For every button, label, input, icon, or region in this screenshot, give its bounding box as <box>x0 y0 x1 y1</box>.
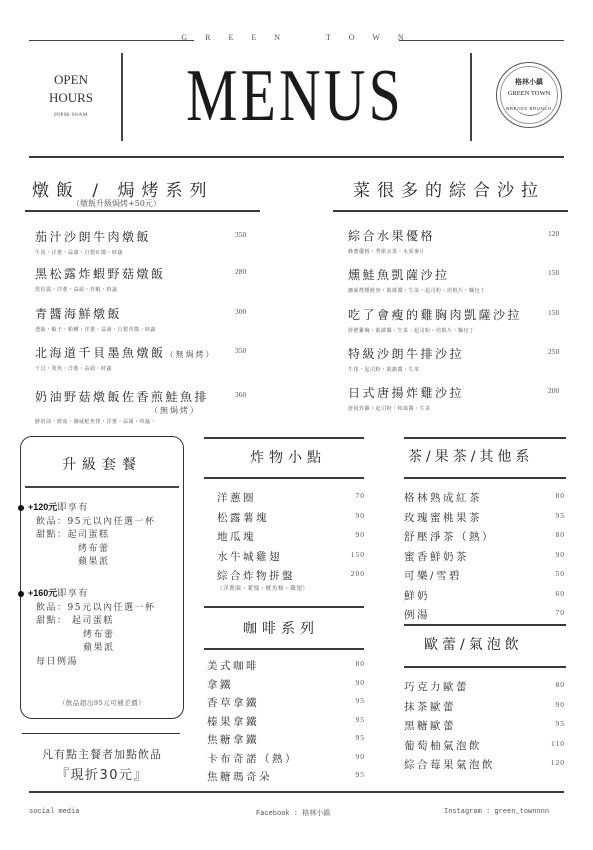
combo-note: （飲品超出95元可補差價） <box>21 698 183 707</box>
section-subtitle-stew: （燉飯升級焗烤+50元） <box>72 198 161 209</box>
menu-item: 日式唐揚炸雞沙拉 唐揚炸雞・起司粉・和風醬・生菜 200 <box>348 384 563 412</box>
menu-item: 黑松露炸蝦野菇燉飯 黑松露・洋蔥・蒜頭・炸蝦・時蔬 280 <box>35 265 247 293</box>
list-item: 美式咖啡80 <box>207 658 365 677</box>
header-divider-right <box>470 53 472 141</box>
menu-item: 特級沙朗牛排沙拉 牛排・起司粉・凱撒醬・生菜 250 <box>348 345 563 373</box>
menu-item: 茄汁沙朗牛肉燉飯 牛肉・洋蔥・蒜頭・自製紅醬・時蔬 350 <box>35 228 247 256</box>
item-price: 200 <box>351 569 365 578</box>
item-name: 榛果拿鐵 <box>207 714 365 729</box>
footer-facebook-link[interactable]: Facebook : 格林小鎮 <box>256 808 330 818</box>
list-item: 舒壓淨茶（熱）80 <box>404 529 565 549</box>
combo-suffix: 即享有 <box>57 589 89 599</box>
list-item: 拿鐵90 <box>207 677 365 696</box>
item-name: 地瓜塊 <box>217 529 365 544</box>
item-desc: 牛排・起司粉・凱撒醬・生菜 <box>348 366 563 373</box>
combo-option-120: +120元即享有 飲品：95元以內任選一杯 甜點：起司蛋糕 烤布蕾 蘋果派 <box>21 501 155 570</box>
section-title-tea: 茶/果茶/其他系 <box>408 446 533 466</box>
item-price: 95 <box>356 696 366 705</box>
item-price: 120 <box>551 758 565 767</box>
combo-price: +160元 <box>28 588 57 598</box>
item-price: 350 <box>235 230 246 239</box>
item-price: 95 <box>556 511 566 520</box>
item-price: 110 <box>551 739 565 748</box>
list-item: 玫瑰蜜桃果茶95 <box>404 510 565 530</box>
page-title: MENUS <box>182 56 408 136</box>
brand-word-town: T O W N <box>326 33 412 42</box>
item-price: 50 <box>556 569 566 578</box>
list-item: 蜜香鮮奶茶90 <box>404 549 565 569</box>
item-price: 95 <box>356 770 366 779</box>
promo-rule <box>22 733 180 734</box>
tea-top-rule <box>404 437 566 439</box>
menu-item: 青醬海鮮燉飯 透抽・蝦子・蛤蜊・洋蔥・蒜頭・自製青醬・時蔬 300 <box>35 305 247 333</box>
list-item: 可樂/雪碧50 <box>404 568 565 588</box>
item-price: 95 <box>356 715 366 724</box>
list-item: 焦糖瑪奇朵95 <box>207 769 365 788</box>
item-price: 120 <box>548 229 559 238</box>
item-name: 燻鮭魚凱薩沙拉 <box>348 266 563 283</box>
menu-item: 綜合水果優格 蜂蜜優格・季節水果・水果麥片 120 <box>348 227 563 255</box>
item-price: 90 <box>556 700 566 709</box>
bullet-icon <box>18 591 24 597</box>
item-name: 北海道千貝墨魚燉飯（無焗烤） <box>35 344 247 361</box>
list-item: 地瓜塊90 <box>217 529 365 549</box>
item-name: 水牛城雞翅 <box>217 549 365 564</box>
item-price: 70 <box>356 491 366 500</box>
section-title-fried: 炸物小點 <box>250 447 326 467</box>
item-sub: （洋蔥圈・薯塊・鱿魚條・雞翅） <box>217 584 365 592</box>
section-title-coffee: 咖啡系列 <box>243 618 319 638</box>
open-hours-line1: OPEN <box>38 71 104 89</box>
logo: 格林小鎮 GREEN TOWN BREADS BRUNCH <box>496 62 562 128</box>
item-desc: 透抽・蝦子・蛤蜊・洋蔥・蒜頭・自製青醬・時蔬 <box>35 326 247 333</box>
combo-drink: 飲品：95元以內任選一杯 <box>21 602 155 616</box>
open-hours-line2: HOURS <box>38 89 104 107</box>
item-price: 350 <box>235 346 246 355</box>
item-name: 青醬海鮮燉飯 <box>35 305 247 322</box>
item-name: 茄汁沙朗牛肉燉飯 <box>35 228 247 245</box>
footer-social-label: social media <box>29 808 79 816</box>
promo: 凡有點主餐者加點飲品 『現折30元』 <box>20 746 184 783</box>
item-price: 150 <box>351 550 365 559</box>
item-name: 玫瑰蜜桃果茶 <box>404 510 565 525</box>
item-desc: 黑松露・洋蔥・蒜頭・炸蝦・時蔬 <box>35 286 247 293</box>
item-price: 80 <box>556 530 566 539</box>
list-item: 黑糖歐蕾95 <box>404 718 565 738</box>
item-price: 90 <box>356 511 366 520</box>
combo-dessert-more: 烤布蕾 <box>21 543 155 557</box>
fried-list: 洋蔥圈70 松露薯塊90 地瓜塊90 水牛城雞翅150 綜合炸物拼盤200（洋蔥… <box>217 490 365 598</box>
item-price: 80 <box>556 491 566 500</box>
tea-list: 格林熟成紅茶80 玫瑰蜜桃果茶95 舒壓淨茶（熱）80 蜜香鮮奶茶90 可樂/雪… <box>404 490 565 627</box>
item-name: 可樂/雪碧 <box>404 568 565 583</box>
item-name: 奶油野菇燉飯佐香煎鮭魚排 <box>35 388 247 405</box>
item-name: 吃了會瘦的雞胸肉凱薩沙拉 <box>348 306 563 323</box>
coffee-list: 美式咖啡80 拿鐵90 香草拿鐵95 榛果拿鐵95 焦糖拿鐵95 卡布奇諾（熱）… <box>207 658 365 788</box>
combo-box: 升級套餐 +120元即享有 飲品：95元以內任選一杯 甜點：起司蛋糕 烤布蕾 蘋… <box>20 436 184 719</box>
item-price: 95 <box>356 733 366 742</box>
section-title-salad: 菜很多的綜合沙拉 <box>353 176 545 201</box>
open-hours: OPEN HOURS 09PM-08AM <box>38 71 104 118</box>
combo-option-160: +160元即享有 飲品：95元以內任選一杯 甜點： 起司蛋糕 烤布蕾 蘋果派 每… <box>21 587 155 669</box>
item-name: 黑糖歐蕾 <box>404 718 565 733</box>
open-hours-time: 09PM-08AM <box>38 112 104 118</box>
item-name: 洋蔥圈 <box>217 490 365 505</box>
item-price: 150 <box>548 268 559 277</box>
item-price: 90 <box>356 530 366 539</box>
item-name: 拿鐵 <box>207 677 365 692</box>
item-name: 例湯 <box>404 607 565 622</box>
combo-dessert: 甜點：起司蛋糕 <box>21 529 155 543</box>
combo-dessert-more: 蘋果派 <box>21 556 155 570</box>
header-bottom-rule <box>29 156 564 158</box>
combo-suffix: 即享有 <box>57 503 89 513</box>
item-desc: 舒肥雞胸・凱薩醬・生菜・起司粉・培根片・麵包丁 <box>348 327 563 334</box>
menu-item: 奶油野菇燉飯佐香煎鮭魚排 （無焗烤） 鮮奶油・野菇・挪威鮭魚排・洋蔥・蒜頭・時蔬… <box>35 388 247 425</box>
item-price: 60 <box>556 589 566 598</box>
logo-subtitle: BREADS BRUNCH <box>497 106 561 111</box>
item-name: 綜合炸物拼盤 <box>217 568 365 583</box>
list-item: 卡布奇諾（熱）90 <box>207 751 365 770</box>
item-name: 美式咖啡 <box>207 658 365 673</box>
list-item: 焦糖拿鐵95 <box>207 732 365 751</box>
combo-dessert-more: 蘋果派 <box>21 642 155 656</box>
promo-line1: 凡有點主餐者加點飲品 <box>20 746 184 762</box>
list-item: 巧克力歐蕾80 <box>404 679 565 699</box>
promo-line2: 『現折30元』 <box>20 764 184 783</box>
item-price: 80 <box>356 659 366 668</box>
coffee-top-rule <box>204 606 364 608</box>
item-desc: 挪威煙燻鮭魚・凱薩醬・生菜・起司粉・培根片・麵包丁 <box>348 287 563 294</box>
item-price: 95 <box>556 719 566 728</box>
item-price: 360 <box>235 390 246 399</box>
combo-title: 升級套餐 <box>21 454 183 474</box>
list-item: 香草拿鐵95 <box>207 695 365 714</box>
item-price: 90 <box>556 550 566 559</box>
item-name-text: 北海道千貝墨魚燉飯 <box>35 346 166 360</box>
item-desc: 牛肉・洋蔥・蒜頭・自製紅醬・時蔬 <box>35 249 247 256</box>
list-item: 綜合炸物拼盤200（洋蔥圈・薯塊・鱿魚條・雞翅） <box>217 568 365 598</box>
item-price: 80 <box>556 680 566 689</box>
ole-bottom-rule <box>404 666 566 668</box>
list-item: 松露薯塊90 <box>217 510 365 530</box>
item-price: 150 <box>548 308 559 317</box>
item-name: 鮮奶 <box>404 588 565 603</box>
item-price: 280 <box>235 267 246 276</box>
fried-top-rule <box>204 437 364 439</box>
item-name: 焦糖瑪奇朵 <box>207 769 365 784</box>
combo-price: +120元 <box>28 502 57 512</box>
item-name: 舒壓淨茶（熱） <box>404 529 565 544</box>
ole-top-rule <box>404 624 566 626</box>
item-name: 松露薯塊 <box>217 510 365 525</box>
item-name: 黑松露炸蝦野菇燉飯 <box>35 265 247 282</box>
item-desc: 唐揚炸雞・起司粉・和風醬・生菜 <box>348 405 563 412</box>
combo-dessert-more: 烤布蕾 <box>21 629 155 643</box>
menu-item: 北海道千貝墨魚燉飯（無焗烤） 千貝・墨魚・洋蔥・蒜頭・時蔬 350 <box>35 344 247 372</box>
combo-dessert: 甜點： 起司蛋糕 <box>21 615 155 629</box>
ole-list: 巧克力歐蕾80 抹茶歐蕾90 黑糖歐蕾95 葡萄柚氣泡飲110 綜合莓果氣泡飲1… <box>404 679 565 777</box>
item-tag: （無焗烤） <box>166 350 216 359</box>
item-name: 特級沙朗牛排沙拉 <box>348 345 563 362</box>
item-name: 葡萄柚氣泡飲 <box>404 738 565 753</box>
item-name: 綜合水果優格 <box>348 227 563 244</box>
item-name: 格林熟成紅茶 <box>404 490 565 505</box>
list-item: 格林熟成紅茶80 <box>404 490 565 510</box>
list-item: 葡萄柚氣泡飲110 <box>404 738 565 758</box>
fried-bottom-rule <box>204 477 364 479</box>
combo-soup: 每日例湯 <box>21 656 155 670</box>
item-desc: 鮮奶油・野菇・挪威鮭魚排・洋蔥・蒜頭・時蔬・ <box>35 418 247 425</box>
item-name: 綜合莓果氣泡飲 <box>404 757 565 772</box>
item-name: 巧克力歐蕾 <box>404 679 565 694</box>
item-tag: （無焗烤） <box>35 405 200 416</box>
footer-rule <box>29 791 564 793</box>
menu-item: 吃了會瘦的雞胸肉凱薩沙拉 舒肥雞胸・凱薩醬・生菜・起司粉・培根片・麵包丁 150 <box>348 306 563 334</box>
item-name: 香草拿鐵 <box>207 695 365 710</box>
item-desc: 千貝・墨魚・洋蔥・蒜頭・時蔬 <box>35 365 247 372</box>
list-item: 榛果拿鐵95 <box>207 714 365 733</box>
coffee-bottom-rule <box>204 648 364 650</box>
bullet-icon <box>18 505 24 511</box>
footer-instagram-link[interactable]: Instagram : green_townnnn <box>444 808 549 816</box>
salad-rule <box>333 210 568 212</box>
item-price: 70 <box>556 608 566 617</box>
list-item: 鮮奶60 <box>404 588 565 608</box>
item-name: 焦糖拿鐵 <box>207 732 365 747</box>
list-item: 水牛城雞翅150 <box>217 549 365 569</box>
list-item: 綜合莓果氣泡飲120 <box>404 757 565 777</box>
list-item: 抹茶歐蕾90 <box>404 699 565 719</box>
item-desc: 蜂蜜優格・季節水果・水果麥片 <box>348 248 563 255</box>
item-name: 抹茶歐蕾 <box>404 699 565 714</box>
item-price: 250 <box>548 347 559 356</box>
section-title-ole: 歐蕾/氣泡飲 <box>424 634 523 654</box>
list-item: 洋蔥圈70 <box>217 490 365 510</box>
item-price: 300 <box>235 307 246 316</box>
brand-word-green: G R E E N <box>181 33 288 42</box>
brand-top-text: G R E E N T O W N <box>0 33 593 42</box>
menu-item: 燻鮭魚凱薩沙拉 挪威煙燻鮭魚・凱薩醬・生菜・起司粉・培根片・麵包丁 150 <box>348 266 563 294</box>
item-name: 日式唐揚炸雞沙拉 <box>348 384 563 401</box>
combo-drink: 飲品：95元以內任選一杯 <box>21 516 155 530</box>
combo-divider <box>25 486 179 488</box>
item-price: 90 <box>356 752 366 761</box>
item-price: 200 <box>548 386 559 395</box>
logo-chinese-name: 格林小鎮 <box>497 77 561 87</box>
header-divider-left <box>121 53 123 141</box>
tea-bottom-rule <box>404 477 566 479</box>
item-price: 90 <box>356 678 366 687</box>
stew-rule <box>25 210 260 212</box>
item-name: 卡布奇諾（熱） <box>207 751 365 766</box>
item-name: 蜜香鮮奶茶 <box>404 549 565 564</box>
